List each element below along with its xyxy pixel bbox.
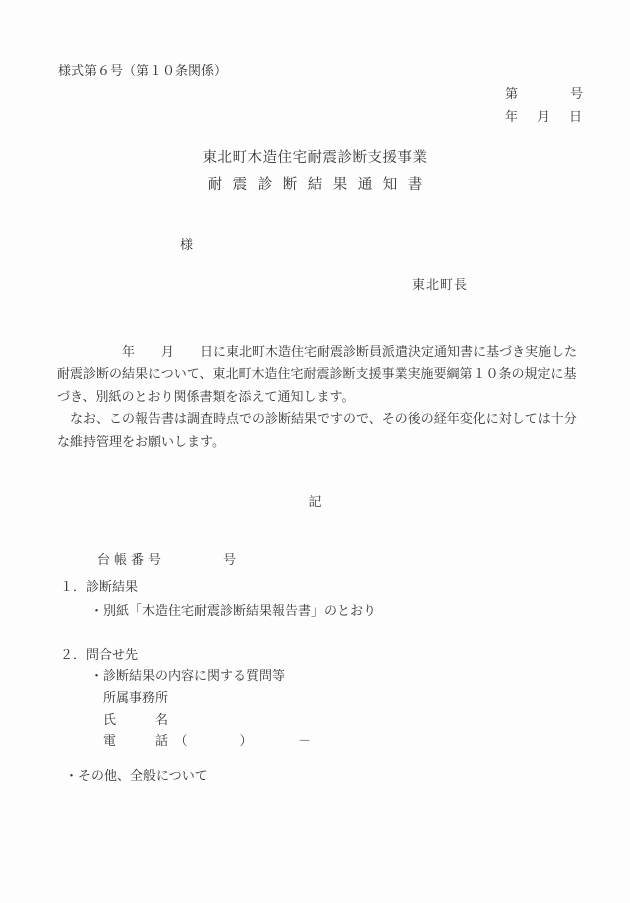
body-paragraph-line: なお、この報告書は調査時点での診断結果ですので、その後の経年変化に対しては十分 — [57, 411, 577, 426]
ledger-number-label: 台帳番号 — [97, 552, 165, 567]
section-1-heading: １．診断結果 — [60, 579, 138, 594]
body-paragraph-line: 年 月 日に東北町木造住宅耐震診断員派遣決定通知書に基づき実施した — [57, 344, 577, 359]
footer-note: ・その他、全般について — [65, 768, 208, 783]
document-title-notice: 耐震診断結果通知書 — [0, 178, 630, 193]
body-paragraph-line: な維持管理をお願いします。 — [57, 434, 225, 449]
sender-name: 東北町長 — [412, 277, 468, 292]
document-page: 様式第６号（第１０条関係） 第 号 年 月 日 東北町木造住宅耐震診断支援事業 … — [0, 0, 630, 903]
form-number: 様式第６号（第１０条関係） — [58, 63, 227, 78]
contact-phone-line: 電 話 （ ） － — [103, 733, 311, 748]
section-1-item: ・別紙「木造住宅耐震診断結果報告書」のとおり — [90, 603, 376, 618]
contact-name-line: 氏 名 — [103, 712, 168, 727]
body-paragraph-line: 耐震診断の結果について、東北町木造住宅耐震診断支援事業実施要綱第１０条の規定に基 — [57, 366, 576, 381]
date-line: 年 月 日 — [505, 109, 585, 124]
section-2-heading: ２．問合せ先 — [60, 647, 138, 662]
record-mark: 記 — [0, 494, 630, 509]
body-paragraph-line: づき、別紙のとおり関係書類を添えて通知します。 — [57, 389, 354, 404]
ledger-number-unit: 号 — [223, 552, 236, 567]
document-title-program: 東北町木造住宅耐震診断支援事業 — [0, 151, 630, 166]
addressee-honorific: 様 — [180, 237, 193, 252]
section-2-item: ・診断結果の内容に関する質問等 — [90, 668, 285, 683]
document-number-line: 第 号 — [505, 86, 583, 101]
contact-office-label: 所属事務所 — [103, 690, 168, 705]
ledger-number-line: 台帳番号号 — [84, 537, 236, 582]
